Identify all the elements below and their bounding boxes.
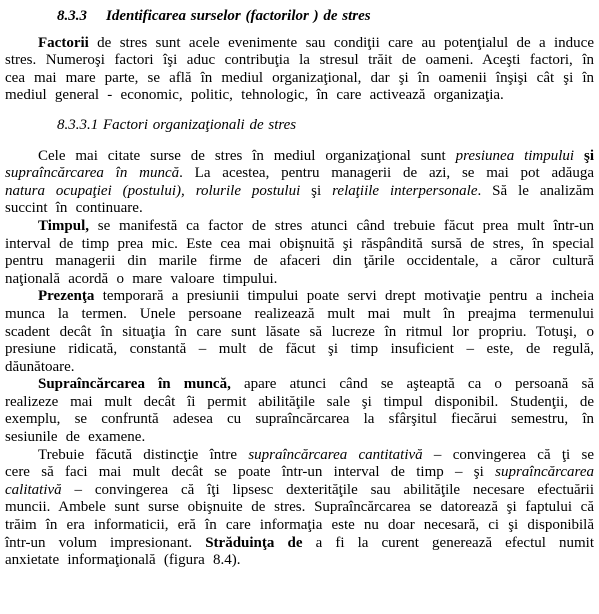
section-heading: 8.3.3 Identificarea surselor (factorilor… bbox=[5, 8, 594, 26]
paragraph-surse: Cele mai citate surse de stres în mediul… bbox=[5, 148, 594, 218]
document-page: 8.3.3 Identificarea surselor (factorilor… bbox=[0, 0, 599, 614]
text-run: presiunea timpului bbox=[456, 148, 575, 164]
text-run: temporară a presiunii timpului poate ser… bbox=[5, 288, 594, 374]
paragraph-distinctie: Trebuie făcută distincţie între supraînc… bbox=[5, 447, 594, 570]
text-run: Supraîncărcarea în muncă, bbox=[38, 376, 231, 392]
text-run: şi bbox=[300, 183, 332, 199]
text-run: se manifestă ca factor de stres atunci c… bbox=[5, 218, 594, 287]
text-run: Străduinţa de bbox=[205, 535, 302, 551]
text-run: relaţiile interpersonale bbox=[332, 183, 477, 199]
paragraph-intro: Factorii de stres sunt acele evenimente … bbox=[5, 35, 594, 105]
text-run: de stres sunt acele evenimente sau condi… bbox=[5, 35, 594, 104]
text-run: . La acestea, pentru managerii de azi, s… bbox=[179, 165, 594, 181]
text-run: 8.3.3 Identificarea surselor (factorilor… bbox=[57, 8, 371, 24]
text-run: Cele mai citate surse de stres în mediul… bbox=[38, 148, 456, 164]
text-run: natura ocupaţiei (postului), rolurile po… bbox=[5, 183, 300, 199]
text-run: supraîncărcarea în muncă bbox=[5, 165, 179, 181]
paragraph-prezenta: Prezenţa temporară a presiunii timpului … bbox=[5, 288, 594, 376]
text-run bbox=[574, 148, 584, 164]
text-run: Timpul, bbox=[38, 218, 89, 234]
text-run: Trebuie făcută distincţie între bbox=[38, 447, 248, 463]
paragraph-supraincarcarea: Supraîncărcarea în muncă, apare atunci c… bbox=[5, 376, 594, 446]
subsection-heading: 8.3.3.1 Factori organizaţionali de stres bbox=[5, 117, 594, 135]
text-run: Factorii bbox=[38, 35, 89, 51]
text-run: 8.3.3.1 Factori organizaţionali de stres bbox=[57, 117, 296, 133]
text-run: şi bbox=[584, 148, 594, 164]
text-run: Prezenţa bbox=[38, 288, 94, 304]
text-run: supraîncărcarea cantitativă bbox=[248, 447, 422, 463]
paragraph-timpul: Timpul, se manifestă ca factor de stres … bbox=[5, 218, 594, 288]
